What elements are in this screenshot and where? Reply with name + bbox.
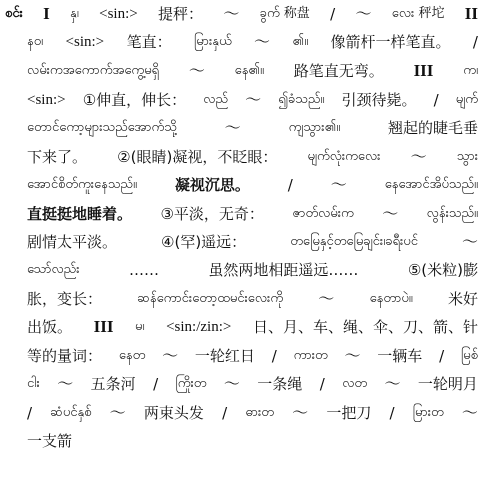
- entry-line-7: အောင်စိတ်ကူးနေသည်။ 凝视沉思。 / ～ နေအောင်အိပ်…: [27, 171, 478, 199]
- example-text: မျက်: [456, 86, 478, 114]
- translation-text: 一把刀: [326, 399, 371, 427]
- entry-line-4: <sin:> ①伸直，伸长： လည် ～ ၍ခံသည်။ 引颈待毙。 / မျက…: [27, 86, 478, 114]
- tilde-placeholder: ～: [331, 171, 347, 199]
- dictionary-entry: စင်း I နှ၊ <sin:> 提秤： ～ ခွက် 称盘 / ～ လေး …: [0, 0, 484, 483]
- tilde-placeholder: ～: [224, 370, 240, 398]
- example-text: နေတ: [119, 342, 145, 370]
- entry-line-5: တောင်ကော့များသည်အောက်သို့ ～ ကျသွား၏။ 翘起的…: [27, 114, 478, 142]
- tilde-placeholder: ～: [225, 114, 241, 142]
- entry-line-9: 剧情太平淡。 ④(罕)遥远： တမြေနှင့်တမြေချင်း၊ခရီးပင…: [27, 228, 478, 256]
- translation-text: 米好: [448, 285, 478, 313]
- entry-line-12: 出饭。 III မ၊ <sin:/zin:> 日、月、车、绳、伞、刀、箭、针: [27, 313, 478, 341]
- entry-line-14: ငါး ～ 五条河 / ကြိုးတ ～ 一条绳 / လတ ～ 一轮明月: [27, 370, 478, 398]
- translation-text: 凝视沉思。: [175, 171, 250, 199]
- separator-slash: /: [473, 28, 478, 56]
- translation-text: 下来了。: [27, 143, 87, 171]
- sense-number-roman: I: [43, 0, 50, 28]
- separator-slash: /: [288, 171, 293, 199]
- example-text: ဆံပင်နှစ်: [50, 399, 91, 427]
- entry-line-15: / ဆံပင်နှစ် ～ 两束头发 / ဓားတ ～ 一把刀 / မြားတ …: [27, 399, 478, 427]
- tilde-placeholder: ～: [254, 28, 270, 56]
- translation-text: 像箭杆一样笔直。: [330, 28, 450, 56]
- separator-slash: /: [439, 342, 444, 370]
- example-text: ငါး: [27, 370, 40, 398]
- tilde-placeholder: ～: [189, 57, 205, 85]
- translation-text: 引颈待毙。: [341, 86, 416, 114]
- example-text: သော်လည်း: [27, 256, 80, 284]
- part-of-speech-label: နှ၊: [70, 0, 79, 28]
- example-text: ၍ခံသည်။: [278, 86, 324, 114]
- sense-number-roman: III: [94, 313, 114, 341]
- tilde-placeholder: ～: [382, 200, 398, 228]
- tilde-placeholder: ～: [355, 0, 371, 28]
- example-text: နေ၏။: [235, 57, 264, 85]
- example-text: လည်: [203, 86, 228, 114]
- translation-text: 直挺挺地睡着。: [27, 200, 132, 228]
- example-text: လမ်းကအကောက်အကွေ့မရှိ: [27, 57, 159, 85]
- separator-slash: /: [153, 370, 158, 398]
- pronunciation: <sin:>: [99, 0, 138, 28]
- definition-text: ①伸直，伸长：: [83, 86, 186, 114]
- tilde-placeholder: ～: [384, 370, 400, 398]
- entry-line-13: 等的量词： နေတ ～ 一轮红日 / ကားတ ～ 一辆车 / မြစ်: [27, 342, 478, 370]
- example-text: မြားနှယ်: [194, 28, 232, 56]
- example-text: ဓားတ: [245, 399, 274, 427]
- translation-text: 一轮红日: [195, 342, 255, 370]
- definition-text: ④(罕)遥远：: [161, 228, 246, 256]
- example-text: ကားတ: [294, 342, 328, 370]
- entry-line-3: လမ်းကအကောက်အကွေ့မရှိ ～ နေ၏။ 路笔直无弯。 III က…: [27, 57, 478, 85]
- translation-text: 虽然两地相距遥远……: [208, 256, 358, 284]
- definition-text: 提秤：: [158, 0, 203, 28]
- separator-slash: /: [320, 370, 325, 398]
- translation-text: 五条河: [91, 370, 136, 398]
- separator-slash: /: [390, 399, 395, 427]
- definition-text: 等的量词：: [27, 342, 102, 370]
- translation-text: 出饭。: [27, 313, 72, 341]
- sense-number-roman: II: [465, 0, 478, 28]
- example-text: မျက်လုံးကလေး: [307, 143, 380, 171]
- tilde-placeholder: ～: [292, 399, 308, 427]
- tilde-placeholder: ～: [318, 285, 334, 313]
- definition-text: 笔直：: [127, 28, 172, 56]
- separator-slash: /: [222, 399, 227, 427]
- example-text: နေအောင်အိပ်သည်။: [385, 171, 478, 199]
- definition-text: ②(眼睛)凝视，不眨眼：: [117, 143, 277, 171]
- entry-line-1: စင်း I နှ၊ <sin:> 提秤： ～ ခွက် 称盘 / ～ လေး …: [5, 0, 478, 28]
- example-text: အောင်စိတ်ကူးနေသည်။: [27, 171, 137, 199]
- translation-text: 剧情太平淡。: [27, 228, 117, 256]
- entry-line-10: သော်လည်း …… 虽然两地相距遥远…… ⑤(米粒)膨: [27, 256, 478, 284]
- example-text: နေတာပဲ။: [370, 285, 413, 313]
- example-text: တမြေနှင့်တမြေချင်း၊ခရီးပင်: [290, 228, 418, 256]
- tilde-placeholder: ～: [344, 342, 360, 370]
- separator-slash: /: [27, 399, 32, 427]
- tilde-placeholder: ～: [162, 342, 178, 370]
- entry-line-2: နဝ၊ <sin:> 笔直： မြားနှယ် ～ ၏။ 像箭杆一样笔直。 /: [27, 28, 478, 56]
- translation-text: 翘起的睫毛垂: [388, 114, 478, 142]
- tilde-placeholder: ～: [411, 143, 427, 171]
- example-text: ၏။: [293, 28, 309, 56]
- translation-text: 一轮明月: [418, 370, 478, 398]
- entry-line-11: 胀，变长： ဆန်ကောင်းတော့ထမင်းလေးကို ～ နေတာပဲ။…: [27, 285, 478, 313]
- tilde-placeholder: ～: [245, 86, 261, 114]
- tilde-placeholder: ～: [110, 399, 126, 427]
- separator-slash: /: [272, 342, 277, 370]
- translation-text: 两束头发: [144, 399, 204, 427]
- definition-text: ③平淡，无奇：: [160, 200, 263, 228]
- sense-number-roman: III: [414, 57, 434, 85]
- tilde-placeholder: ～: [223, 0, 239, 28]
- tilde-placeholder: ～: [462, 228, 478, 256]
- example-text: လွန်းသည်။: [427, 200, 478, 228]
- example-text: မြစ်: [461, 342, 478, 370]
- example-text: ခွက် 称盘: [260, 0, 310, 28]
- definition-text: ⑤(米粒)膨: [408, 256, 478, 284]
- entry-line-6: 下来了。 ②(眼睛)凝视，不眨眼： မျက်လုံးကလေး ～ သွား: [27, 143, 478, 171]
- definition-text: 胀，变长：: [27, 285, 102, 313]
- example-text: လတ: [342, 370, 367, 398]
- definition-text: 日、月、车、绳、伞、刀、箭、针: [253, 313, 478, 341]
- example-text: တောင်ကော့များသည်အောက်သို့: [27, 114, 177, 142]
- example-text: ဆန်ကောင်းတော့ထမင်းလေးကို: [137, 285, 283, 313]
- pronunciation: <sin:/zin:>: [166, 313, 231, 341]
- example-text: လေး 秤坨: [392, 0, 445, 28]
- example-text: ကျသွား၏။: [289, 114, 341, 142]
- part-of-speech-label: မ၊: [135, 313, 144, 341]
- pronunciation: <sin:>: [27, 86, 66, 114]
- translation-text: 路笔直无弯。: [294, 57, 384, 85]
- part-of-speech-label: က၊: [463, 57, 478, 85]
- tilde-placeholder: ～: [57, 370, 73, 398]
- headword: စင်း: [5, 0, 23, 28]
- translation-text: 一条绳: [257, 370, 302, 398]
- example-text: ဇာတ်လမ်းက: [292, 200, 353, 228]
- example-text: မြားတ: [413, 399, 444, 427]
- entry-line-16: 一支箭: [27, 427, 478, 455]
- tilde-placeholder: ～: [462, 399, 478, 427]
- ellipsis: ……: [129, 256, 159, 284]
- separator-slash: /: [434, 86, 439, 114]
- entry-line-8: 直挺挺地睡着。 ③平淡，无奇： ဇာတ်လမ်းက ～ လွန်းသည်။: [27, 200, 478, 228]
- example-text: ကြိုးတ: [176, 370, 207, 398]
- translation-text: 一支箭: [27, 427, 72, 455]
- separator-slash: /: [330, 0, 335, 28]
- translation-text: 一辆车: [377, 342, 422, 370]
- part-of-speech-label: နဝ၊: [27, 28, 43, 56]
- example-text: သွား: [457, 143, 478, 171]
- pronunciation: <sin:>: [66, 28, 105, 56]
